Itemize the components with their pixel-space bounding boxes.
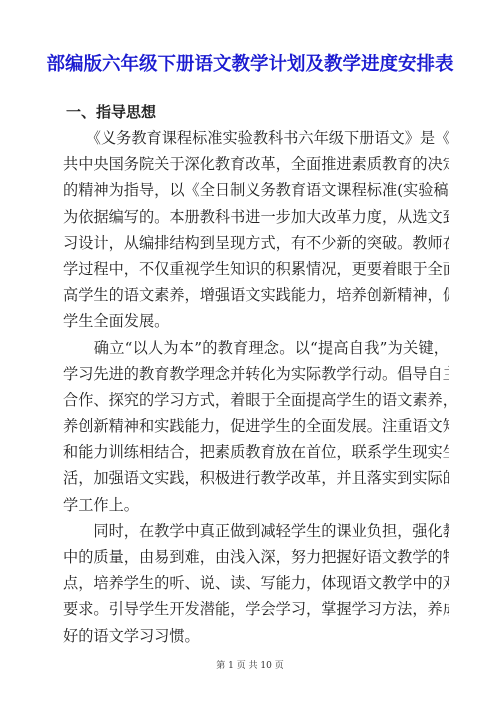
text-line: 学过程中，不仅重视学生知识的积累情况，更要着眼于全面提: [63, 256, 449, 282]
text-line: 的精神为指导，以《全日制义务教育语文课程标准(实验稿)》: [63, 177, 449, 203]
text-line: 学工作上。: [63, 492, 449, 518]
text-line: 点，培养学生的听、说、读、写能力，体现语文教学中的双基: [63, 570, 449, 596]
text-line: 学生全面发展。: [63, 308, 449, 334]
paragraph: 同时，在教学中真正做到减轻学生的课业负担，强化教学 中的质量，由易到难，由浅入深…: [63, 518, 449, 649]
section-heading: 一、指导思想: [66, 101, 156, 122]
text-line: 确立“以人为本”的教育理念。以“提高自我”为关键，: [63, 335, 449, 361]
text-line: 活，加强语文实践，积极进行教学改革，并且落实到实际的教: [63, 465, 449, 491]
text-line: 学习先进的教育教学理念并转化为实际教学行动。倡导自主、: [63, 361, 449, 387]
text-line: 中的质量，由易到难，由浅入深，努力把握好语文教学的特: [63, 544, 449, 570]
text-line: 养创新精神和实践能力，促进学生的全面发展。注重语文知识: [63, 413, 449, 439]
paragraph: 《义务教育课程标准实验教科书六年级下册语文》是《中 共中央国务院关于深化教育改革…: [63, 125, 449, 335]
document-body: 《义务教育课程标准实验教科书六年级下册语文》是《中 共中央国务院关于深化教育改革…: [63, 125, 449, 649]
document-title: 部编版六年级下册语文教学计划及教学进度安排表: [0, 50, 500, 76]
text-line: 合作、探究的学习方式，着眼于全面提高学生的语文素养，培: [63, 387, 449, 413]
text-line: 要求。引导学生开发潜能，学会学习，掌握学习方法，养成良: [63, 596, 449, 622]
paragraph: 确立“以人为本”的教育理念。以“提高自我”为关键， 学习先进的教育教学理念并转化…: [63, 335, 449, 518]
text-line: 高学生的语文素养，增强语文实践能力，培养创新精神，促使: [63, 282, 449, 308]
text-line: 和能力训练相结合，把素质教育放在首位，联系学生现实生: [63, 439, 449, 465]
text-line: 习设计，从编排结构到呈现方式，有不少新的突破。教师在教: [63, 230, 449, 256]
page-footer: 第 1 页 共 10 页: [0, 658, 500, 671]
text-line: 好的语文学习习惯。: [63, 623, 449, 649]
text-line: 共中央国务院关于深化教育改革，全面推进素质教育的决定》: [63, 151, 449, 177]
text-line: 为依据编写的。本册教科书进一步加大改革力度，从选文到练: [63, 204, 449, 230]
text-line: 同时，在教学中真正做到减轻学生的课业负担，强化教学: [63, 518, 449, 544]
text-line: 《义务教育课程标准实验教科书六年级下册语文》是《中: [63, 125, 449, 151]
